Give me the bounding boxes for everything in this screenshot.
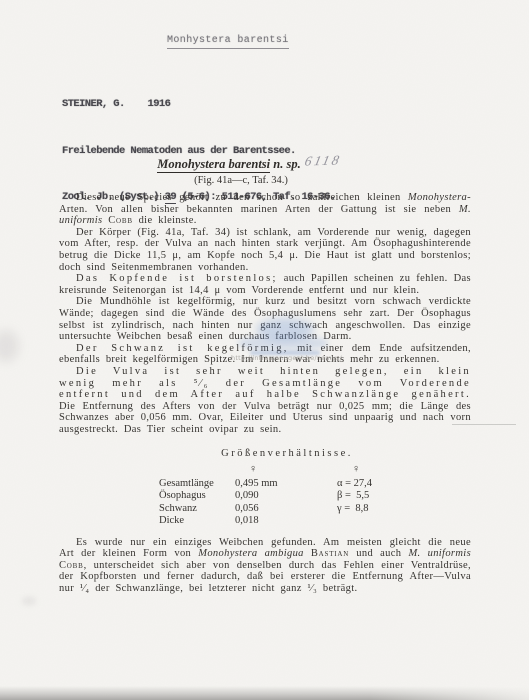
table-measurement-value: 0,018 xyxy=(235,515,337,527)
table-heading: Größenverhältnisse. xyxy=(81,448,493,459)
species-title-row: Monohystera barentsi n. sp. xyxy=(23,157,435,172)
smallcaps-author-name: Cobb xyxy=(108,215,133,226)
closing-paragraphs: Es wurde nur ein einziges Weibchen gefun… xyxy=(59,537,471,595)
body-text: und auch xyxy=(349,548,408,559)
species-title-suffix: n. sp. xyxy=(270,157,301,171)
body-text: Diese neue Species gehört zu den schon s… xyxy=(76,192,408,203)
body-text: Die Entfernung des Afters von der Vulva … xyxy=(59,401,471,435)
table-row-label: Dicke xyxy=(159,515,235,527)
smallcaps-author-name: Bastian xyxy=(311,548,349,559)
table-row-label: Gesamtlänge xyxy=(159,478,235,490)
body-text: Der Körper (Fig. 41a, Taf. 34) ist schla… xyxy=(59,227,471,273)
paragraph: Diese neue Species gehört zu den schon s… xyxy=(59,192,471,227)
figure-reference-line: (Fig. 41a—c, Taf. 34.) xyxy=(35,175,447,186)
table-row: Gesamtlänge0,495 mmα = 27,4 xyxy=(159,478,471,490)
table-row: Ösophagus0,090β = 5,5 xyxy=(159,490,471,502)
description-paragraphs: Diese neue Species gehört zu den schon s… xyxy=(59,192,471,435)
letterspaced-emphasis: Die Vulva ist sehr weit hinten gelegen, … xyxy=(59,366,471,400)
paragraph: Das Kopfende ist borstenlos; auch Papill… xyxy=(59,273,471,296)
scanned-paper-page: Monhystera barentsi STEINER, G. 1916 Fre… xyxy=(0,0,529,700)
smallcaps-author-name: Cobb xyxy=(59,560,84,571)
italic-taxon-name: Monohystera ambigua xyxy=(198,548,304,559)
body-text xyxy=(304,548,311,559)
handwritten-annotation: 6118 xyxy=(303,152,343,169)
table-measurement-value: 0,056 xyxy=(235,503,337,515)
table-ratio-value: γ = 8,8 xyxy=(337,503,437,515)
body-text: die kleinste. xyxy=(133,215,197,226)
table-symbol-header-row: ♀♀ xyxy=(159,463,471,475)
female-symbol: ♀ xyxy=(337,463,437,475)
female-symbol: ♀ xyxy=(235,463,337,475)
letterspaced-emphasis: Das Kopfende ist borstenlos; xyxy=(76,273,278,284)
typewritten-header-label: Monhystera barentsi xyxy=(167,35,289,49)
paragraph: Der Körper (Fig. 41a, Taf. 34) ist schla… xyxy=(59,227,471,273)
body-text: Die Mundhöhle ist kegelförmig, nur kurz … xyxy=(59,296,471,342)
table-ratio-value xyxy=(337,515,437,527)
paragraph: Die Mundhöhle ist kegelförmig, nur kurz … xyxy=(59,296,471,342)
table-row: Dicke0,018 xyxy=(159,515,471,527)
measurements-table: Größenverhältnisse. ♀♀Gesamtlänge0,495 m… xyxy=(59,448,471,527)
table-row-label: Ösophagus xyxy=(159,490,235,502)
letterspaced-emphasis: Der Schwanz ist kegelförmig, xyxy=(76,343,289,354)
table-row: Schwanz0,056γ = 8,8 xyxy=(159,503,471,515)
italic-taxon-name: Monohystera xyxy=(408,192,467,203)
body-text: , unterscheidet sich aber von denselben … xyxy=(59,560,471,594)
italic-taxon-name: M. uniformis xyxy=(408,548,471,559)
table-ratio-value: β = 5,5 xyxy=(337,490,437,502)
paragraph: Die Vulva ist sehr weit hinten gelegen, … xyxy=(59,366,471,436)
citation-author-year: STEINER, G. 1916 xyxy=(62,97,336,113)
table-measurement-value: 0,090 xyxy=(235,490,337,502)
table-ratio-value: α = 27,4 xyxy=(337,478,437,490)
scan-smudge xyxy=(0,330,19,362)
scan-edge-shadow-fade xyxy=(369,686,529,700)
table-grid: ♀♀Gesamtlänge0,495 mmα = 27,4Ösophagus0,… xyxy=(159,463,471,527)
scan-artifact-line xyxy=(452,424,516,425)
table-row-label: Schwanz xyxy=(159,503,235,515)
species-title-name: Monohystera barentsi xyxy=(157,157,270,173)
watermark-url: http://intramar.ugent.be/nemys/ xyxy=(231,354,342,362)
article-body: Monohystera barentsi n. sp. 6118 (Fig. 4… xyxy=(59,157,471,594)
table-empty-cell xyxy=(159,463,235,475)
paragraph: Es wurde nur ein einziges Weibchen gefun… xyxy=(59,537,471,595)
table-measurement-value: 0,495 mm xyxy=(235,478,337,490)
scan-smudge xyxy=(22,597,36,605)
